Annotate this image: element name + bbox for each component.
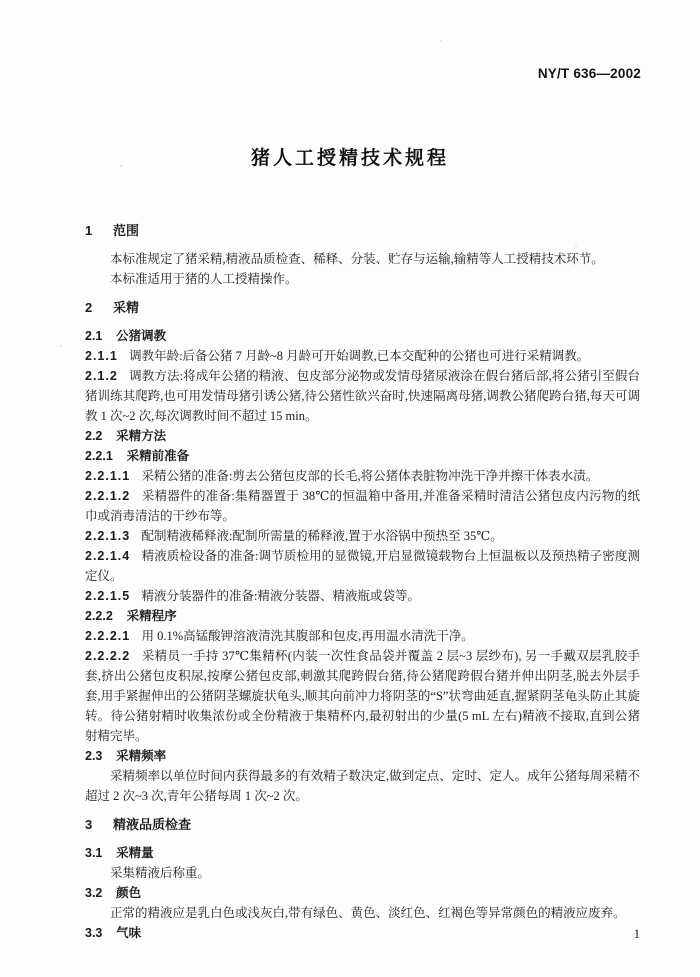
- page-header: NY/T 636—2002: [0, 0, 700, 81]
- section-heading: 2.1公猪调教: [85, 326, 640, 346]
- standard-number: NY/T 636—2002: [538, 66, 641, 81]
- clause-number: 1: [85, 223, 92, 238]
- clause-number: 2.2.1.2: [85, 489, 130, 503]
- clause-number: 2.1.2: [85, 369, 118, 383]
- heading-text: 公猪调教: [116, 329, 166, 343]
- clause-text: 调教方法:将成年公猪的精液、包皮部分泌物或发情母猪尿液涂在假台猪后部,将公猪引至…: [85, 369, 640, 423]
- clause-number: 2.2.1.5: [85, 589, 130, 603]
- document-title: 猪人工授精技术规程: [0, 143, 700, 170]
- paragraph: 采精频率以单位时间内获得最多的有效精子数决定,做到定点、定时、定人。成年公猪每周…: [85, 766, 640, 806]
- section-heading: 2.2采精方法: [85, 426, 640, 446]
- clause-number: 2.2: [85, 429, 102, 443]
- paragraph: 采集精液后称重。: [85, 863, 640, 883]
- heading-text: 采精方法: [116, 429, 166, 443]
- clause-number: 2.2.1.4: [85, 549, 130, 563]
- clause: 2.1.2调教方法:将成年公猪的精液、包皮部分泌物或发情母猪尿液涂在假台猪后部,…: [85, 366, 640, 426]
- clause: 2.2.1.3配制精液稀释液:配制所需量的稀释液,置于水浴锅中预热至 35℃。: [85, 526, 640, 546]
- subsection-heading: 2.2.1采精前准备: [85, 446, 640, 466]
- heading-text: 颜色: [116, 886, 141, 900]
- section-heading: 3.2颜色: [85, 883, 640, 903]
- heading-text: 采精: [113, 300, 139, 315]
- clause-text: 采精公猪的准备:剪去公猪包皮部的长毛,将公猪体表脏物冲洗干净并擦干体表水渍。: [141, 469, 598, 483]
- clause-text: 精液分装器件的准备:精液分装器、精液瓶或袋等。: [141, 589, 419, 603]
- chapter-heading: 2采精: [85, 298, 640, 318]
- document-page: NY/T 636—2002 猪人工授精技术规程 1范围本标准规定了猪采精,精液品…: [0, 0, 700, 977]
- clause-number: 2.2.2: [85, 609, 113, 623]
- clause-text: 调教年龄:后备公猪 7 月龄~8 月龄可开始调教,已本交配种的公猪也可进行采精调…: [129, 349, 589, 363]
- clause: 2.2.1.4精液质检设备的准备:调节质检用的显微镜,开启显微镜载物台上恒温板以…: [85, 546, 640, 586]
- clause-number: 2.1: [85, 329, 102, 343]
- heading-text: 采精频率: [116, 749, 166, 763]
- clause: 2.2.1.5精液分装器件的准备:精液分装器、精液瓶或袋等。: [85, 586, 640, 606]
- heading-text: 气味: [116, 926, 141, 940]
- clause-number: 2.1.1: [85, 349, 118, 363]
- clause-text: 精液质检设备的准备:调节质检用的显微镜,开启显微镜载物台上恒温板以及预热精子密度…: [85, 549, 640, 583]
- clause: 2.2.1.2采精器件的准备:集精器置于 38℃的恒温箱中备用,并准备采精时清洁…: [85, 486, 640, 526]
- section-heading: 3.1采精量: [85, 843, 640, 863]
- heading-text: 采精程序: [127, 609, 177, 623]
- heading-text: 采精前准备: [127, 449, 190, 463]
- clause-number: 2: [85, 300, 92, 315]
- paragraph: 本标准规定了猪采精,精液品质检查、稀释、分装、贮存与运输,输精等人工授精技术环节…: [85, 249, 640, 269]
- clause-number: 2.2.1: [85, 449, 113, 463]
- clause-text: 采精器件的准备:集精器置于 38℃的恒温箱中备用,并准备采精时清洁公猪包皮内污物…: [85, 489, 640, 523]
- scan-speckle: [120, 165, 122, 167]
- clause-number: 3.3: [85, 926, 102, 940]
- clause-number: 3: [85, 817, 92, 832]
- clause-text: 用 0.1%高锰酸钾溶液清洗其腹部和包皮,再用温水清洗干净。: [141, 629, 473, 643]
- heading-text: 范围: [113, 223, 139, 238]
- paragraph: 本标准适用于猪的人工授精操作。: [85, 269, 640, 289]
- page-number: 1: [634, 927, 640, 942]
- clause-number: 3.2: [85, 886, 102, 900]
- section-heading: 2.3采精频率: [85, 746, 640, 766]
- clause-number: 2.2.1.3: [85, 529, 130, 543]
- clause-number: 2.2.2.1: [85, 629, 130, 643]
- heading-text: 精液品质检查: [113, 817, 191, 832]
- clause-number: 2.2.1.1: [85, 469, 130, 483]
- clause-number: 3.1: [85, 846, 102, 860]
- clause: 2.2.2.2采精员一手持 37℃集精杯(内装一次性食品袋并覆盖 2 层~3 层…: [85, 646, 640, 746]
- heading-text: 采精量: [116, 846, 154, 860]
- clause: 2.2.1.1采精公猪的准备:剪去公猪包皮部的长毛,将公猪体表脏物冲洗干净并擦干…: [85, 466, 640, 486]
- section-heading: 3.3气味: [85, 923, 640, 943]
- clause-text: 采精员一手持 37℃集精杯(内装一次性食品袋并覆盖 2 层~3 层纱布), 另一…: [85, 649, 640, 743]
- subsection-heading: 2.2.2采精程序: [85, 606, 640, 626]
- clause-number: 2.3: [85, 749, 102, 763]
- chapter-heading: 3精液品质检查: [85, 815, 640, 835]
- clause-text: 配制精液稀释液:配制所需量的稀释液,置于水浴锅中预热至 35℃。: [141, 529, 502, 543]
- clause-number: 2.2.2.2: [85, 649, 130, 663]
- paragraph: 正常的精液应是乳白色或浅灰白,带有绿色、黄色、淡红色、红褐色等异常颜色的精液应废…: [85, 903, 640, 923]
- clause: 2.1.1调教年龄:后备公猪 7 月龄~8 月龄可开始调教,已本交配种的公猪也可…: [85, 346, 640, 366]
- chapter-heading: 1范围: [85, 221, 640, 241]
- clause: 2.2.2.1用 0.1%高锰酸钾溶液清洗其腹部和包皮,再用温水清洗干净。: [85, 626, 640, 646]
- document-content: 1范围本标准规定了猪采精,精液品质检查、稀释、分装、贮存与运输,输精等人工授精技…: [85, 221, 640, 943]
